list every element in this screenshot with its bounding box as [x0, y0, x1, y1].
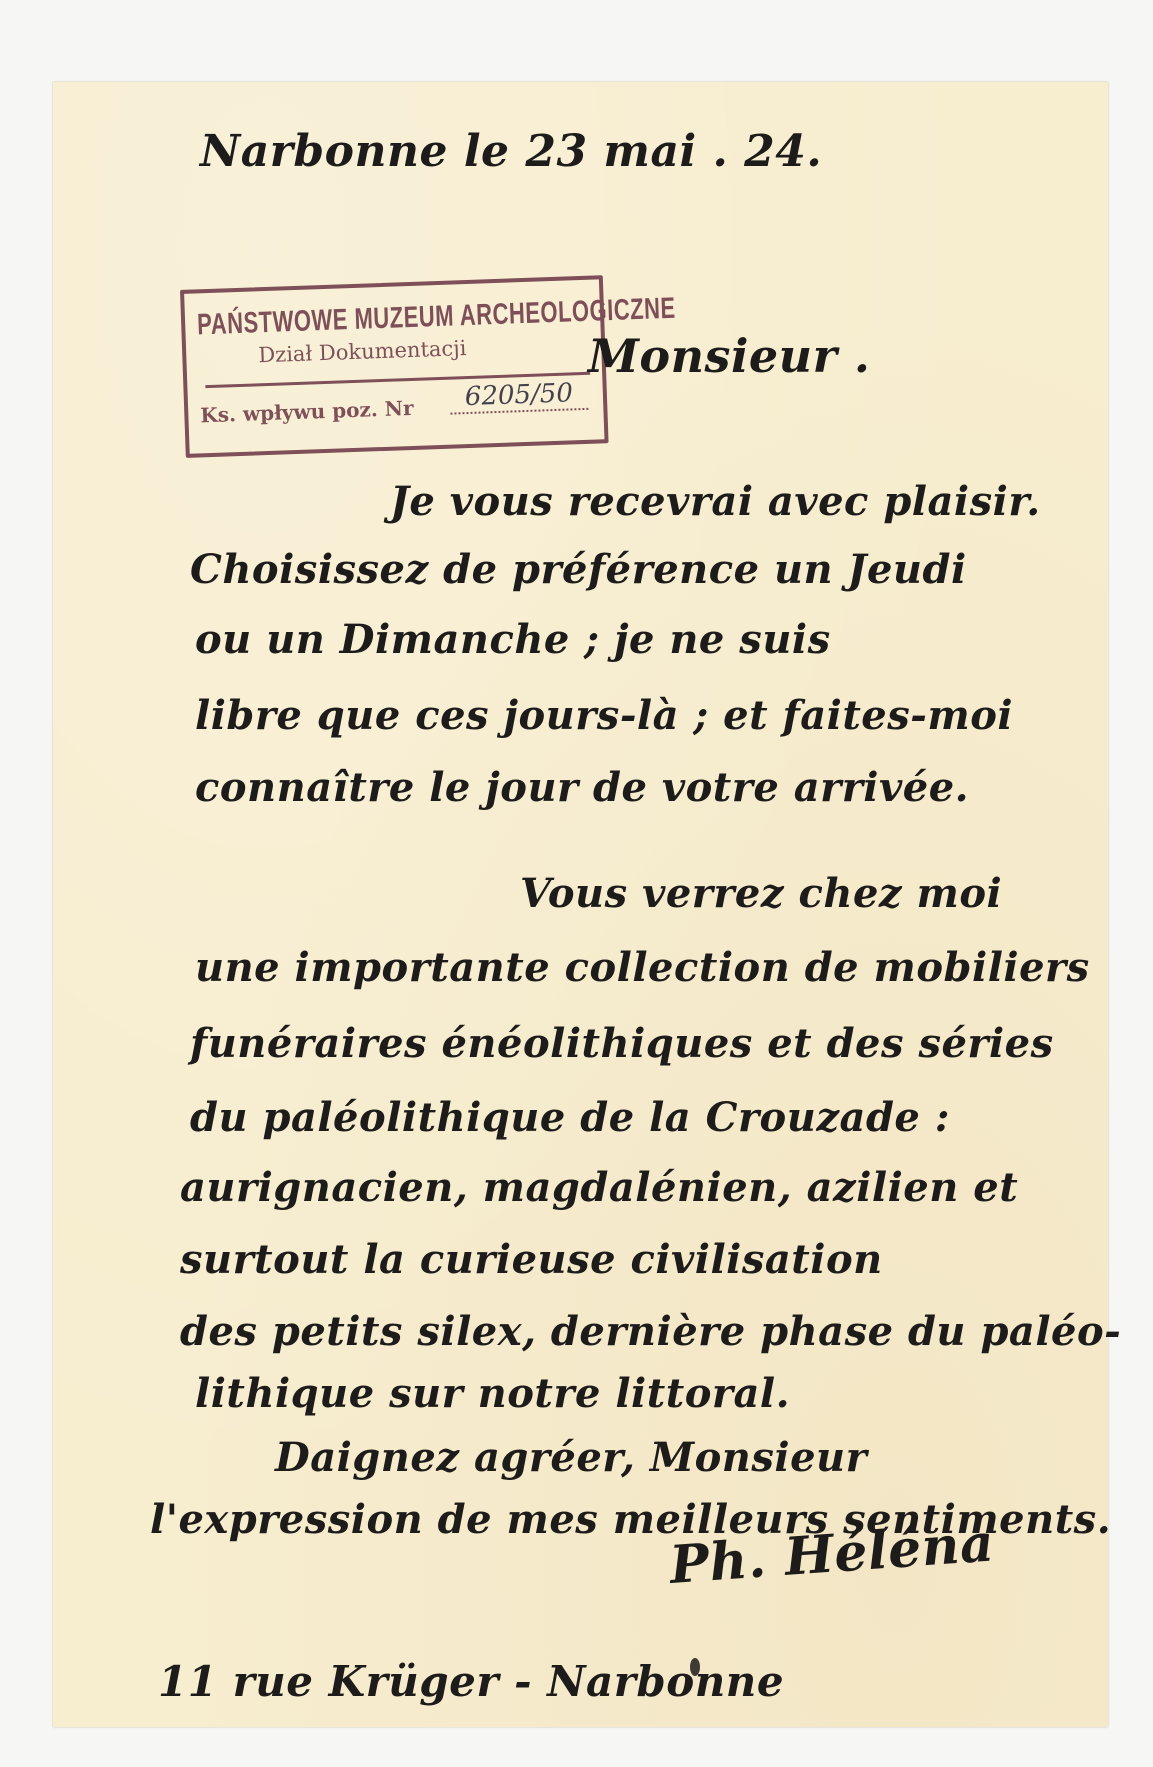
body-line: surtout la curieuse civilisation	[180, 1236, 883, 1284]
body-line: une importante collection de mobiliers	[195, 944, 1090, 992]
body-line: Je vous recevrai avec plaisir.	[390, 478, 1041, 526]
body-line: connaître le jour de votre arrivée.	[195, 764, 969, 812]
body-line: Choisissez de préférence un Jeudi	[190, 546, 967, 594]
body-line: lithique sur notre littoral.	[195, 1370, 790, 1418]
body-line: libre que ces jours-là ; et faites-moi	[195, 692, 1013, 740]
body-line: des petits silex, dernière phase du palé…	[180, 1308, 1121, 1356]
body-line: Vous verrez chez moi	[520, 870, 1002, 918]
body-line: ou un Dimanche ; je ne suis	[195, 616, 831, 664]
body-line: aurignacien, magdalénien, azilien et	[180, 1164, 1018, 1212]
sender-address: 11 rue Krüger - Narbonne	[158, 1658, 784, 1706]
body-line: du paléolithique de la Crouzade :	[190, 1094, 950, 1142]
salutation: Monsieur .	[588, 332, 870, 380]
museum-stamp: PAŃSTWOWE MUZEUM ARCHEOLOGICZNE Dział Do…	[180, 275, 609, 458]
body-line: funéraires énéolithiques et des séries	[190, 1020, 1054, 1068]
stamp-register-label: Ks. wpływu poz. Nr	[200, 396, 414, 427]
place-date: Narbonne le 23 mai . 24.	[200, 128, 822, 176]
stamp-department: Dział Dokumentacji	[258, 336, 467, 367]
stamp-register-number: 6205/50	[449, 378, 588, 415]
closing-line: Daignez agréer, Monsieur	[275, 1434, 867, 1482]
